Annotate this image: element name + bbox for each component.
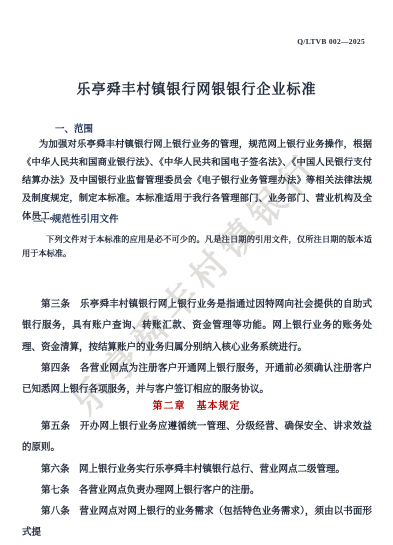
article-6: 第六条 网上银行业务实行乐亭舜丰村镇银行总行、营业网点二级管理。 <box>22 460 372 481</box>
article-4: 第四条 各营业网点为注册客户开通网上银行服务，开通前必须确认注册客户已知悉网上银… <box>22 359 372 402</box>
page-number: 1 <box>0 505 393 513</box>
section-heading-normative-references: 二、规范性引用文件 <box>33 211 119 225</box>
document-page: 乐亭舜丰村镇银行 Q/LTVB 002—2025 乐亭舜丰村镇银行网银银行企业标… <box>0 0 393 545</box>
chapter2-heading: 第二章 基本规定 <box>0 397 393 412</box>
article-3: 第三条 乐亭舜丰村镇银行网上银行业务是指通过因特网向社会提供的自助式银行服务，具… <box>22 295 372 359</box>
document-title: 乐亭舜丰村镇银行网银银行企业标准 <box>0 79 393 99</box>
section-heading-scope: 一、范围 <box>55 121 93 135</box>
chapter2-articles: 第五条 开办网上银行业务应遵循统一管理、分级经营、确保安全、讲求效益的原则。 第… <box>22 417 372 545</box>
article-5: 第五条 开办网上银行业务应遵循统一管理、分级经营、确保安全、讲求效益的原则。 <box>22 417 372 460</box>
chapter1-articles: 第三条 乐亭舜丰村镇银行网上银行业务是指通过因特网向社会提供的自助式银行服务，具… <box>22 295 372 401</box>
standard-document-number: Q/LTVB 002—2025 <box>297 37 365 46</box>
normative-references-paragraph: 下列文件对于本标准的应用是必不可少的。凡是注日期的引用文件，仅所注日期的版本适用… <box>22 233 372 260</box>
article-7: 第七条 各营业网点负责办理网上银行客户的注册。 <box>22 481 372 502</box>
